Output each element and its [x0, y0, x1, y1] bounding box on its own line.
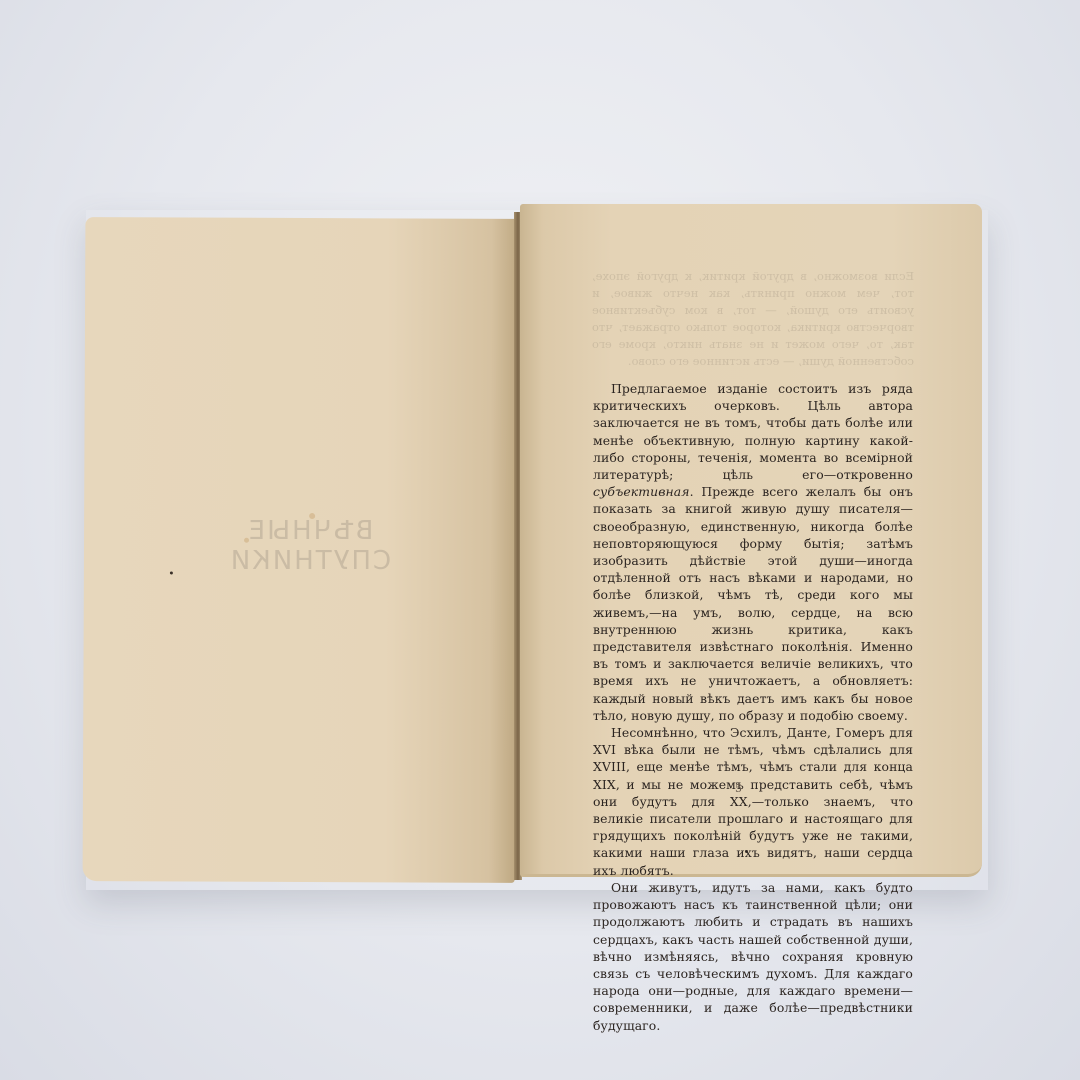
paragraph-3: Они живутъ, идутъ за нами, какъ будто пр… [593, 879, 913, 1034]
ink-speck [170, 571, 173, 574]
page-number: 5 [735, 782, 742, 795]
italic-word: субъективная [593, 484, 690, 499]
page-body-text: Предлагаемое изданіе состоитъ изъ ряда к… [593, 380, 913, 1034]
paragraph-2: Несомнѣнно, что Эсхилъ, Данте, Гомеръ дл… [593, 724, 913, 879]
bleed-through-text: Если возможно, в другой критик, к другой… [592, 268, 914, 370]
paragraph-1: Предлагаемое изданіе состоитъ изъ ряда к… [593, 380, 913, 724]
bleed-through-title: ВѢЧНЫЕ СПУТНИКИ [200, 516, 420, 576]
